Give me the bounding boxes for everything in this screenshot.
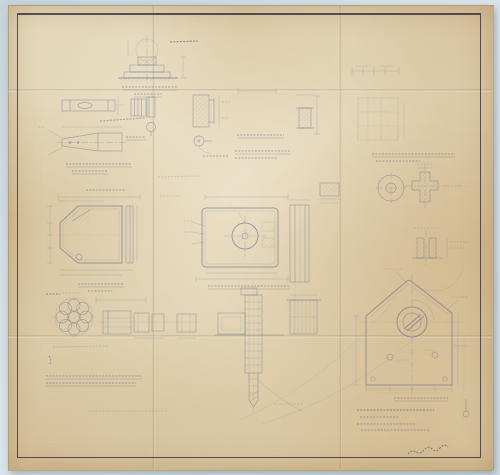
drawing-linework: [0, 0, 500, 475]
view-roller-block: [286, 295, 321, 334]
view-sprocket-cluster: [46, 293, 96, 338]
view-hatched-block: [318, 183, 341, 203]
photograph-backdrop: [0, 0, 500, 475]
view-chamfered-plate: [47, 190, 180, 291]
view-hatched-bar: [296, 95, 320, 134]
view-hatched-bushing: [158, 88, 290, 177]
signature-scribble: [408, 445, 448, 454]
view-shaft-row: [96, 297, 200, 338]
view-slotted-bar: [38, 96, 145, 174]
title-annotation-block: [357, 410, 434, 430]
view-disc-and-cross-boss: [372, 154, 455, 203]
view-cross-section-boss: [405, 164, 468, 210]
view-twin-columns: [412, 228, 468, 266]
view-gabled-housing: [353, 266, 469, 417]
view-cover-plate: [184, 194, 309, 289]
view-column-fixture: [214, 282, 421, 424]
view-top-assembly: [118, 36, 198, 97]
view-top-right-panel: [352, 66, 404, 140]
bottom-left-notes: [46, 346, 167, 411]
